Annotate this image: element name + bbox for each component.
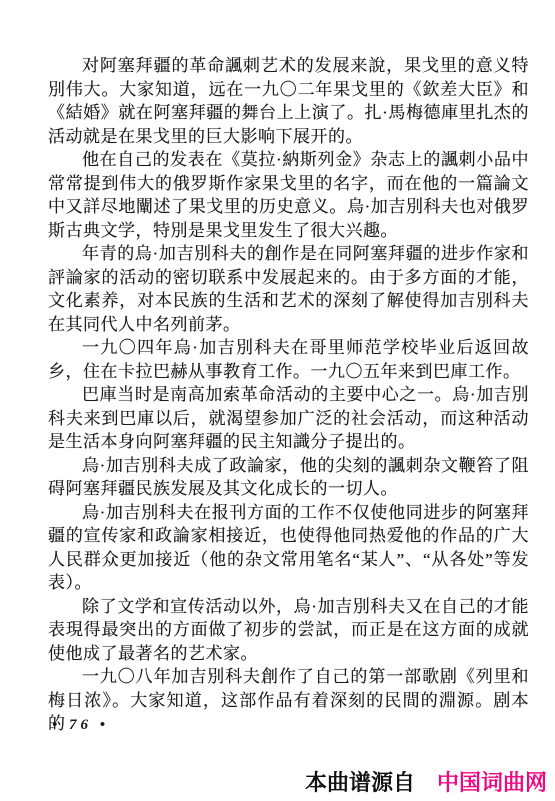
page-number: • 76 • bbox=[52, 717, 109, 734]
paragraph: 烏·加吉別科夫成了政論家，他的尖刻的諷刺杂文鞭笞了阻碍阿塞拜疆民族发展及其文化成… bbox=[48, 454, 529, 501]
paragraph: 对阿塞拜疆的革命諷刺艺术的发展来說，果戈里的意义特別伟大。大家知道，远在一九〇二… bbox=[48, 54, 529, 148]
paragraph: 他在自己的发表在《莫拉·納斯列金》杂志上的諷刺小品中常常提到伟大的俄罗斯作家果戈… bbox=[48, 148, 529, 242]
paragraph: 除了文学和宣传活动以外，烏·加吉別科夫又在自己的才能表現得最突出的方面做了初步的… bbox=[48, 595, 529, 666]
watermark-footer: 本曲谱源自 中国词曲网 bbox=[305, 771, 547, 797]
paragraph: 烏·加吉別科夫在报刊方面的工作不仅使他同进步的阿塞拜疆的宣传家和政論家相接近，也… bbox=[48, 501, 529, 595]
watermark-site-name: 中国词曲网 bbox=[437, 771, 547, 797]
paragraph: 一九〇八年加吉別科夫創作了自己的第一部歌剧《列里和梅日浓》。大家知道，这部作品有… bbox=[48, 665, 529, 736]
paragraph: 一九〇四年烏·加吉別科夫在哥里师范学校毕业后返回故乡，住在卡拉巴赫从事教育工作。… bbox=[48, 336, 529, 383]
paragraph: 巴庫当时是南高加索革命活动的主要中心之一。烏·加吉別科夫来到巴庫以后，就渴望参加… bbox=[48, 383, 529, 454]
paragraph: 年青的烏·加吉別科夫的創作是在同阿塞拜疆的进步作家和評論家的活动的密切联系中发展… bbox=[48, 242, 529, 336]
body-text: 对阿塞拜疆的革命諷刺艺术的发展来說，果戈里的意义特別伟大。大家知道，远在一九〇二… bbox=[48, 54, 529, 736]
watermark-source-label: 本曲谱源自 bbox=[305, 771, 415, 797]
book-page-scan: 对阿塞拜疆的革命諷刺艺术的发展来說，果戈里的意义特別伟大。大家知道，远在一九〇二… bbox=[0, 0, 555, 801]
